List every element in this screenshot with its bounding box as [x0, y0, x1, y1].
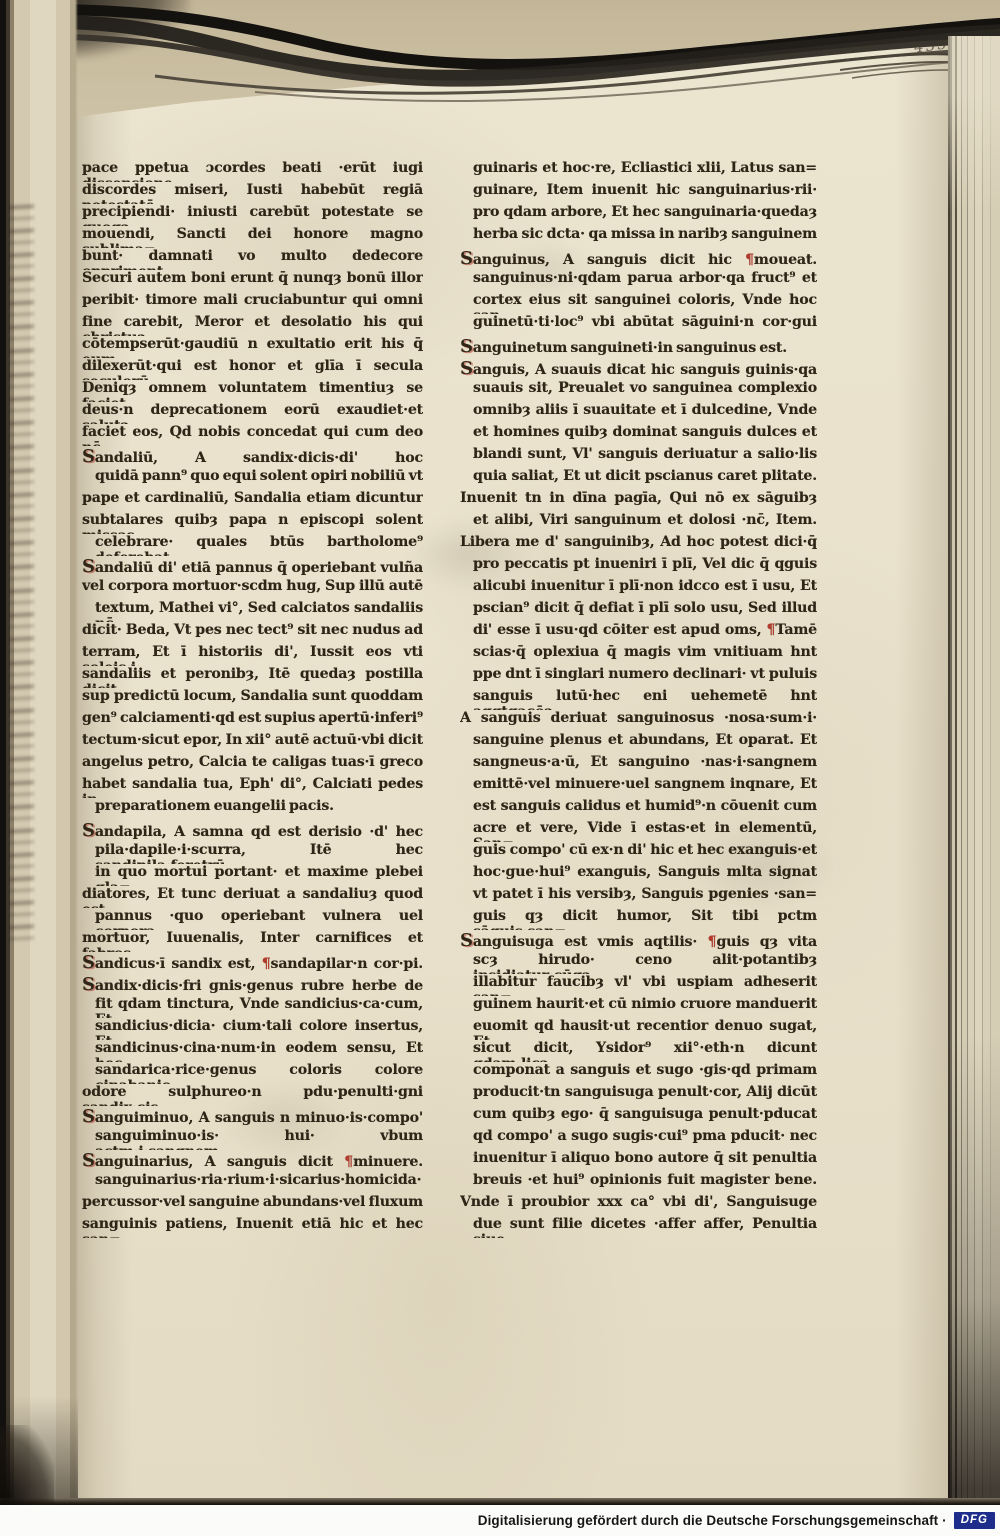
- text-line: gen⁹ calciamenti·qd est supius apertū·in…: [82, 710, 423, 732]
- text-line: guis compo' cū ex·n di' hic et hec exang…: [460, 842, 817, 864]
- text-line: blandi sunt, Vl' sanguis deriuatur a sal…: [460, 446, 817, 468]
- text-line: suauis sit, Preualet vo sanguinea comple…: [460, 380, 817, 402]
- text-line: Sandaliū di' etiā pannus q̄ operiebant v…: [82, 556, 423, 578]
- text-line: bunt· damnati vo multo dedecore opprimen…: [82, 248, 423, 270]
- text-line: peribit· timore mali cruciabuntur qui om…: [82, 292, 423, 314]
- pilcrow-mark: ¶: [745, 252, 754, 268]
- text-line: Deniqȝ omnem voluntatem timentiuȝ se fac…: [82, 380, 423, 402]
- text-line: odore sulphureo·n pdu·penulti·gni sandix…: [82, 1084, 423, 1106]
- manuscript-page: 435. pace ppetua ɔcordes beati ·erūt iug…: [68, 0, 952, 1505]
- text-line: scias·q̄ oplexiua q̄ magis vim vnitiuam …: [460, 644, 817, 666]
- text-line: Sandicus·ī sandix est, ¶sandapilar·n cor…: [82, 952, 423, 974]
- text-line: terram, Et ī historiis di', Iussit eos v…: [82, 644, 423, 666]
- text-line: guinaris et hoc·re, Ecliastici xlii, Lat…: [460, 160, 817, 182]
- text-line: guinetū·ti·loc⁹ vbi abūtat sāguini·n cor…: [460, 314, 817, 336]
- dfg-logo: DFG: [954, 1512, 995, 1529]
- text-line: discordes miseri, Iusti habebūt regiā po…: [82, 182, 423, 204]
- text-line: hoc·gue·hui⁹ exanguis, Sanguis mlta sign…: [460, 864, 817, 886]
- text-line: faciet eos, Qd nobis concedat qui cum de…: [82, 424, 423, 446]
- text-column-right: guinaris et hoc·re, Ecliastici xlii, Lat…: [460, 160, 817, 1238]
- previous-page-blurred-text: [8, 204, 34, 945]
- text-line: di' esse ī usu·qd cōiter est apud oms, ¶…: [460, 622, 817, 644]
- text-line: quidā pann⁹ quo equi solent opiri nobili…: [82, 468, 423, 490]
- text-line: Sanguiminuo, A sanguis n minuo·is·compo': [82, 1106, 423, 1128]
- text-line: subtalares quibȝ papa n episcopi solent …: [82, 512, 423, 534]
- text-line: vt patet ī his versibȝ, Sanguis pgenies …: [460, 886, 817, 908]
- digitization-credit-bar: Digitalisierung gefördert durch die Deut…: [0, 1505, 1000, 1536]
- pilcrow-mark: ¶: [262, 956, 271, 972]
- text-line: omnibȝ aliis ī suauitate et ī dulcedine,…: [460, 402, 817, 424]
- text-line: mouendi, Sancti dei honore magno sublima…: [82, 226, 423, 248]
- text-line: Inuenit tn in dīna pagīa, Qui nō ex sāgu…: [460, 490, 817, 512]
- text-line: Sanguinarius, A sanguis dicit ¶minuere.: [82, 1150, 423, 1172]
- text-line: due sunt filie dicetes ·affer affer, Pen…: [460, 1216, 817, 1238]
- page-bottom-edge: [0, 1498, 1000, 1505]
- text-line: producit·tn sanguisuga penult·cor, Alij …: [460, 1084, 817, 1106]
- pilcrow-mark: ¶: [344, 1154, 353, 1170]
- text-line: fit qdam tinctura, Vnde sandicius·ca·cum…: [82, 996, 423, 1018]
- text-line: componat a sanguis et sugo ·gis·qd prima…: [460, 1062, 817, 1084]
- text-line: alicubi inuenitur ī plī·non idcco est ī …: [460, 578, 817, 600]
- text-line: sangneus·a·ū, Et sanguino ·nas·i·sangnem: [460, 754, 817, 776]
- text-line: est sanguis calidus et humid⁹·n cōuenit …: [460, 798, 817, 820]
- text-column-left: pace ppetua ɔcordes beati ·erūt iugi dis…: [82, 160, 423, 1238]
- text-line: qd compo' a sugo sugis·cui⁹ pma pducit· …: [460, 1128, 817, 1150]
- text-line: pace ppetua ɔcordes beati ·erūt iugi dis…: [82, 160, 423, 182]
- text-line: fine carebit, Meror et desolatio his qui…: [82, 314, 423, 336]
- text-line: cōtempserūt·gaudiū n exultatio erit his …: [82, 336, 423, 358]
- text-line: euomit qd hausit·ut recentior denuo suga…: [460, 1018, 817, 1040]
- text-line: ppe dnt ī singlari numero declinari· vt …: [460, 666, 817, 688]
- text-line: Vnde ī proubior xxx ca° vbi di', Sanguis…: [460, 1194, 817, 1216]
- text-line: sanguinus·ni·qdam parua arbor·qa fruct⁹ …: [460, 270, 817, 292]
- text-line: Sandix·dicis·fri gnis·genus rubre herbe …: [82, 974, 423, 996]
- text-line: Libera me d' sanguinibȝ, Ad hoc potest d…: [460, 534, 817, 556]
- text-line: sanguinarius·ria·rium·i·sicarius·homicid…: [82, 1172, 423, 1194]
- text-line: sanguis lutū·hec eni uehemetē hnt aggtga…: [460, 688, 817, 710]
- text-line: sicut dicit, Ysidor⁹ xii°·eth·n dicunt q…: [460, 1040, 817, 1062]
- text-line: acre et vere, Vide ī estas·et in element…: [460, 820, 817, 842]
- text-line: Sanguinus, A sanguis dicit hic ¶moueat.: [460, 248, 817, 270]
- text-line: in quo mortui portant· et maxime plebei …: [82, 864, 423, 886]
- text-line: sandaliis et peronibȝ, Itē quedaȝ postil…: [82, 666, 423, 688]
- credit-text: Digitalisierung gefördert durch die Deut…: [478, 1513, 947, 1528]
- text-line: precipiendi· iniusti carebūt potestate s…: [82, 204, 423, 226]
- text-line: Sandapila, A samna qd est derisio ·d' he…: [82, 820, 423, 842]
- text-line: sup predictū locum, Sandalia sunt quodda…: [82, 688, 423, 710]
- text-line: inuenitur ī aliquo bono autore q̄ sit pe…: [460, 1150, 817, 1172]
- text-line: tectum·sicut epor, In xii° autē actuū·vb…: [82, 732, 423, 754]
- text-line: sanguinis patiens, Inuenit etiā hic et h…: [82, 1216, 423, 1238]
- manuscript-scan-photo: 435. pace ppetua ɔcordes beati ·erūt iug…: [0, 0, 1000, 1536]
- text-line: celebrare· quales btūs bartholome⁹ defer…: [82, 534, 423, 556]
- text-line: pro peccatis pt inueniri ī plī, Vel dic …: [460, 556, 817, 578]
- text-line: angelus petro, Calcia te caligas tuas·ī …: [82, 754, 423, 776]
- text-line: pila·dapile·i·scurra, Itē hec sandipila·…: [82, 842, 423, 864]
- text-line: quia saliat, Et ut dicit pscianus caret …: [460, 468, 817, 490]
- text-line: guinem haurit·et cū nimio cruore manduer…: [460, 996, 817, 1018]
- text-line: Sandaliū, A sandix·dicis·di' hoc sandali…: [82, 446, 423, 468]
- text-line: Sanguis, A suauis dicat hic sanguis guin…: [460, 358, 817, 380]
- text-line: diatores, Et tunc deriuat a sandaliuȝ qu…: [82, 886, 423, 908]
- text-line: deus·n deprecationem eorū exaudiet·et sa…: [82, 402, 423, 424]
- text-line: Sanguinetum sanguineti·in sanguinus est.: [460, 336, 817, 358]
- text-line: scȝ hirudo· ceno alit·potantibȝ insidiat…: [460, 952, 817, 974]
- text-line: herba sic dcta· qa missa in naribȝ sangu…: [460, 226, 817, 248]
- text-line: guinare, Item inuenit hic sanguinarius·r…: [460, 182, 817, 204]
- text-line: textum, Mathei vi°, Sed calciatos sandal…: [82, 600, 423, 622]
- text-line: pape et cardinaliū, Sandalia etiam dicun…: [82, 490, 423, 512]
- text-line: mortuor, Iuuenalis, Inter carnifices et …: [82, 930, 423, 952]
- text-line: illabitur faucibȝ vl' vbi uspiam adheser…: [460, 974, 817, 996]
- text-line: habet sandalia tua, Eph' di°, Calciati p…: [82, 776, 423, 798]
- text-line: sanguiminuo·is· hui· vbum actm·i·sangnem: [82, 1128, 423, 1150]
- text-line: cortex eius sit sanguinei coloris, Vnde …: [460, 292, 817, 314]
- text-line: breuis ·et hui⁹ opinionis fuit magister …: [460, 1172, 817, 1194]
- text-line: pannus ·quo operiebant vulnera uel corpo…: [82, 908, 423, 930]
- text-line: sanguine plenus et abundans, Et oparat. …: [460, 732, 817, 754]
- text-line: A sanguis deriuat sanguinosus ·nosa·sum·…: [460, 710, 817, 732]
- text-line: dilexerūt·qui est honor et glīa ī secula…: [82, 358, 423, 380]
- text-line: sandicinus·cina·num·in eodem sensu, Et h…: [82, 1040, 423, 1062]
- text-line: et alibi, Viri sanguinum et dolosi ·nc̄,…: [460, 512, 817, 534]
- text-line: et homines quibȝ dominat sanguis dulces …: [460, 424, 817, 446]
- pilcrow-mark: ¶: [767, 622, 776, 638]
- bottom-left-binding-shadow: [0, 1425, 54, 1505]
- text-line: Securi autem boni erunt q̄ nunqȝ bonū il…: [82, 270, 423, 292]
- text-line: pscian⁹ dicit q̄ defiat ī plī solo usu, …: [460, 600, 817, 622]
- text-line: dicit· Beda, Vt pes nec tect⁹ sit nec nu…: [82, 622, 423, 644]
- text-line: Sanguisuga est vmis aqtilis· ¶guis qȝ vi…: [460, 930, 817, 952]
- pilcrow-mark: ¶: [708, 934, 717, 950]
- text-line: pro qdam arbore, Et hec sanguinaria·qued…: [460, 204, 817, 226]
- page-stack-shading: [948, 36, 1000, 1505]
- text-line: guis qȝ dicit humor, Sit tibi pctm sāgui…: [460, 908, 817, 930]
- text-line: percussor·vel sanguine abundans·vel flux…: [82, 1194, 423, 1216]
- text-line: cum quibȝ ego· q̄ sanguisuga penult·pduc…: [460, 1106, 817, 1128]
- text-line: sandicius·dicia· cium·tali colore insert…: [82, 1018, 423, 1040]
- text-line: emittē·vel minuere·uel sangnem inqnare, …: [460, 776, 817, 798]
- text-line: sandarica·rice·genus coloris colore cina…: [82, 1062, 423, 1084]
- text-line: vel corpora mortuor·scdm hug, Sup illū a…: [82, 578, 423, 600]
- text-line: preparationem euangelii pacis.: [82, 798, 423, 820]
